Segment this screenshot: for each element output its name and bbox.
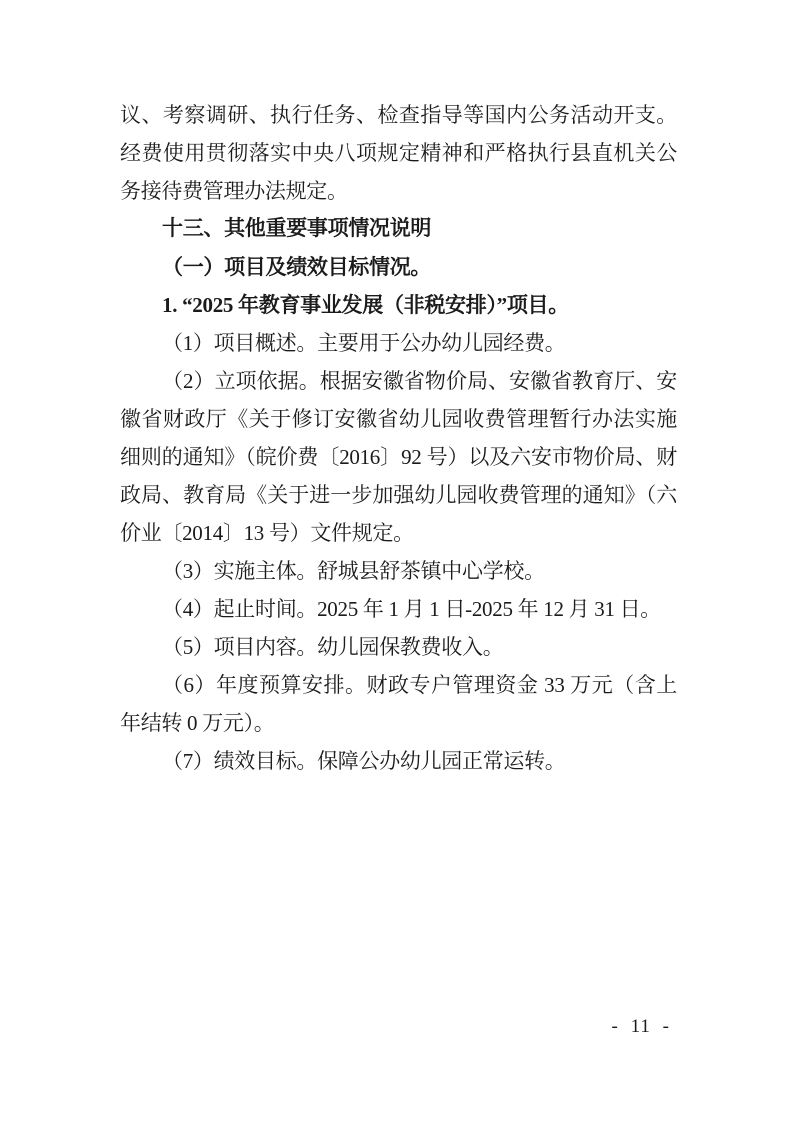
heading-section-13-other-important-matters: 十三、其他重要事项情况说明	[120, 210, 677, 248]
heading-project-1-education-development-2025: 1. “2025 年教育事业发展（非税安排）”项目。	[120, 286, 677, 324]
paragraph-project-overview: （1）项目概述。主要用于公办幼儿园经费。	[120, 324, 677, 362]
document-page: 议、考察调研、执行任务、检查指导等国内公务活动开支。经费使用贯彻落实中央八项规定…	[0, 0, 793, 1122]
heading-project-and-performance-goals: （一）项目及绩效目标情况。	[120, 248, 677, 286]
paragraph-project-duration: （4）起止时间。2025 年 1 月 1 日-2025 年 12 月 31 日。	[120, 590, 677, 628]
paragraph-project-content: （5）项目内容。幼儿园保教费收入。	[120, 628, 677, 666]
paragraph-official-expense-continuation: 议、考察调研、执行任务、检查指导等国内公务活动开支。经费使用贯彻落实中央八项规定…	[120, 96, 677, 210]
page-number: - 11 -	[612, 1017, 670, 1036]
document-body: 议、考察调研、执行任务、检查指导等国内公务活动开支。经费使用贯彻落实中央八项规定…	[120, 96, 677, 780]
paragraph-performance-target: （7）绩效目标。保障公办幼儿园正常运转。	[120, 742, 677, 780]
paragraph-annual-budget-arrangement: （6）年度预算安排。财政专户管理资金 33 万元（含上年结转 0 万元）。	[120, 666, 677, 742]
paragraph-project-basis: （2）立项依据。根据安徽省物价局、安徽省教育厅、安徽省财政厅《关于修订安徽省幼儿…	[120, 362, 677, 552]
paragraph-implementing-entity: （3）实施主体。舒城县舒茶镇中心学校。	[120, 552, 677, 590]
